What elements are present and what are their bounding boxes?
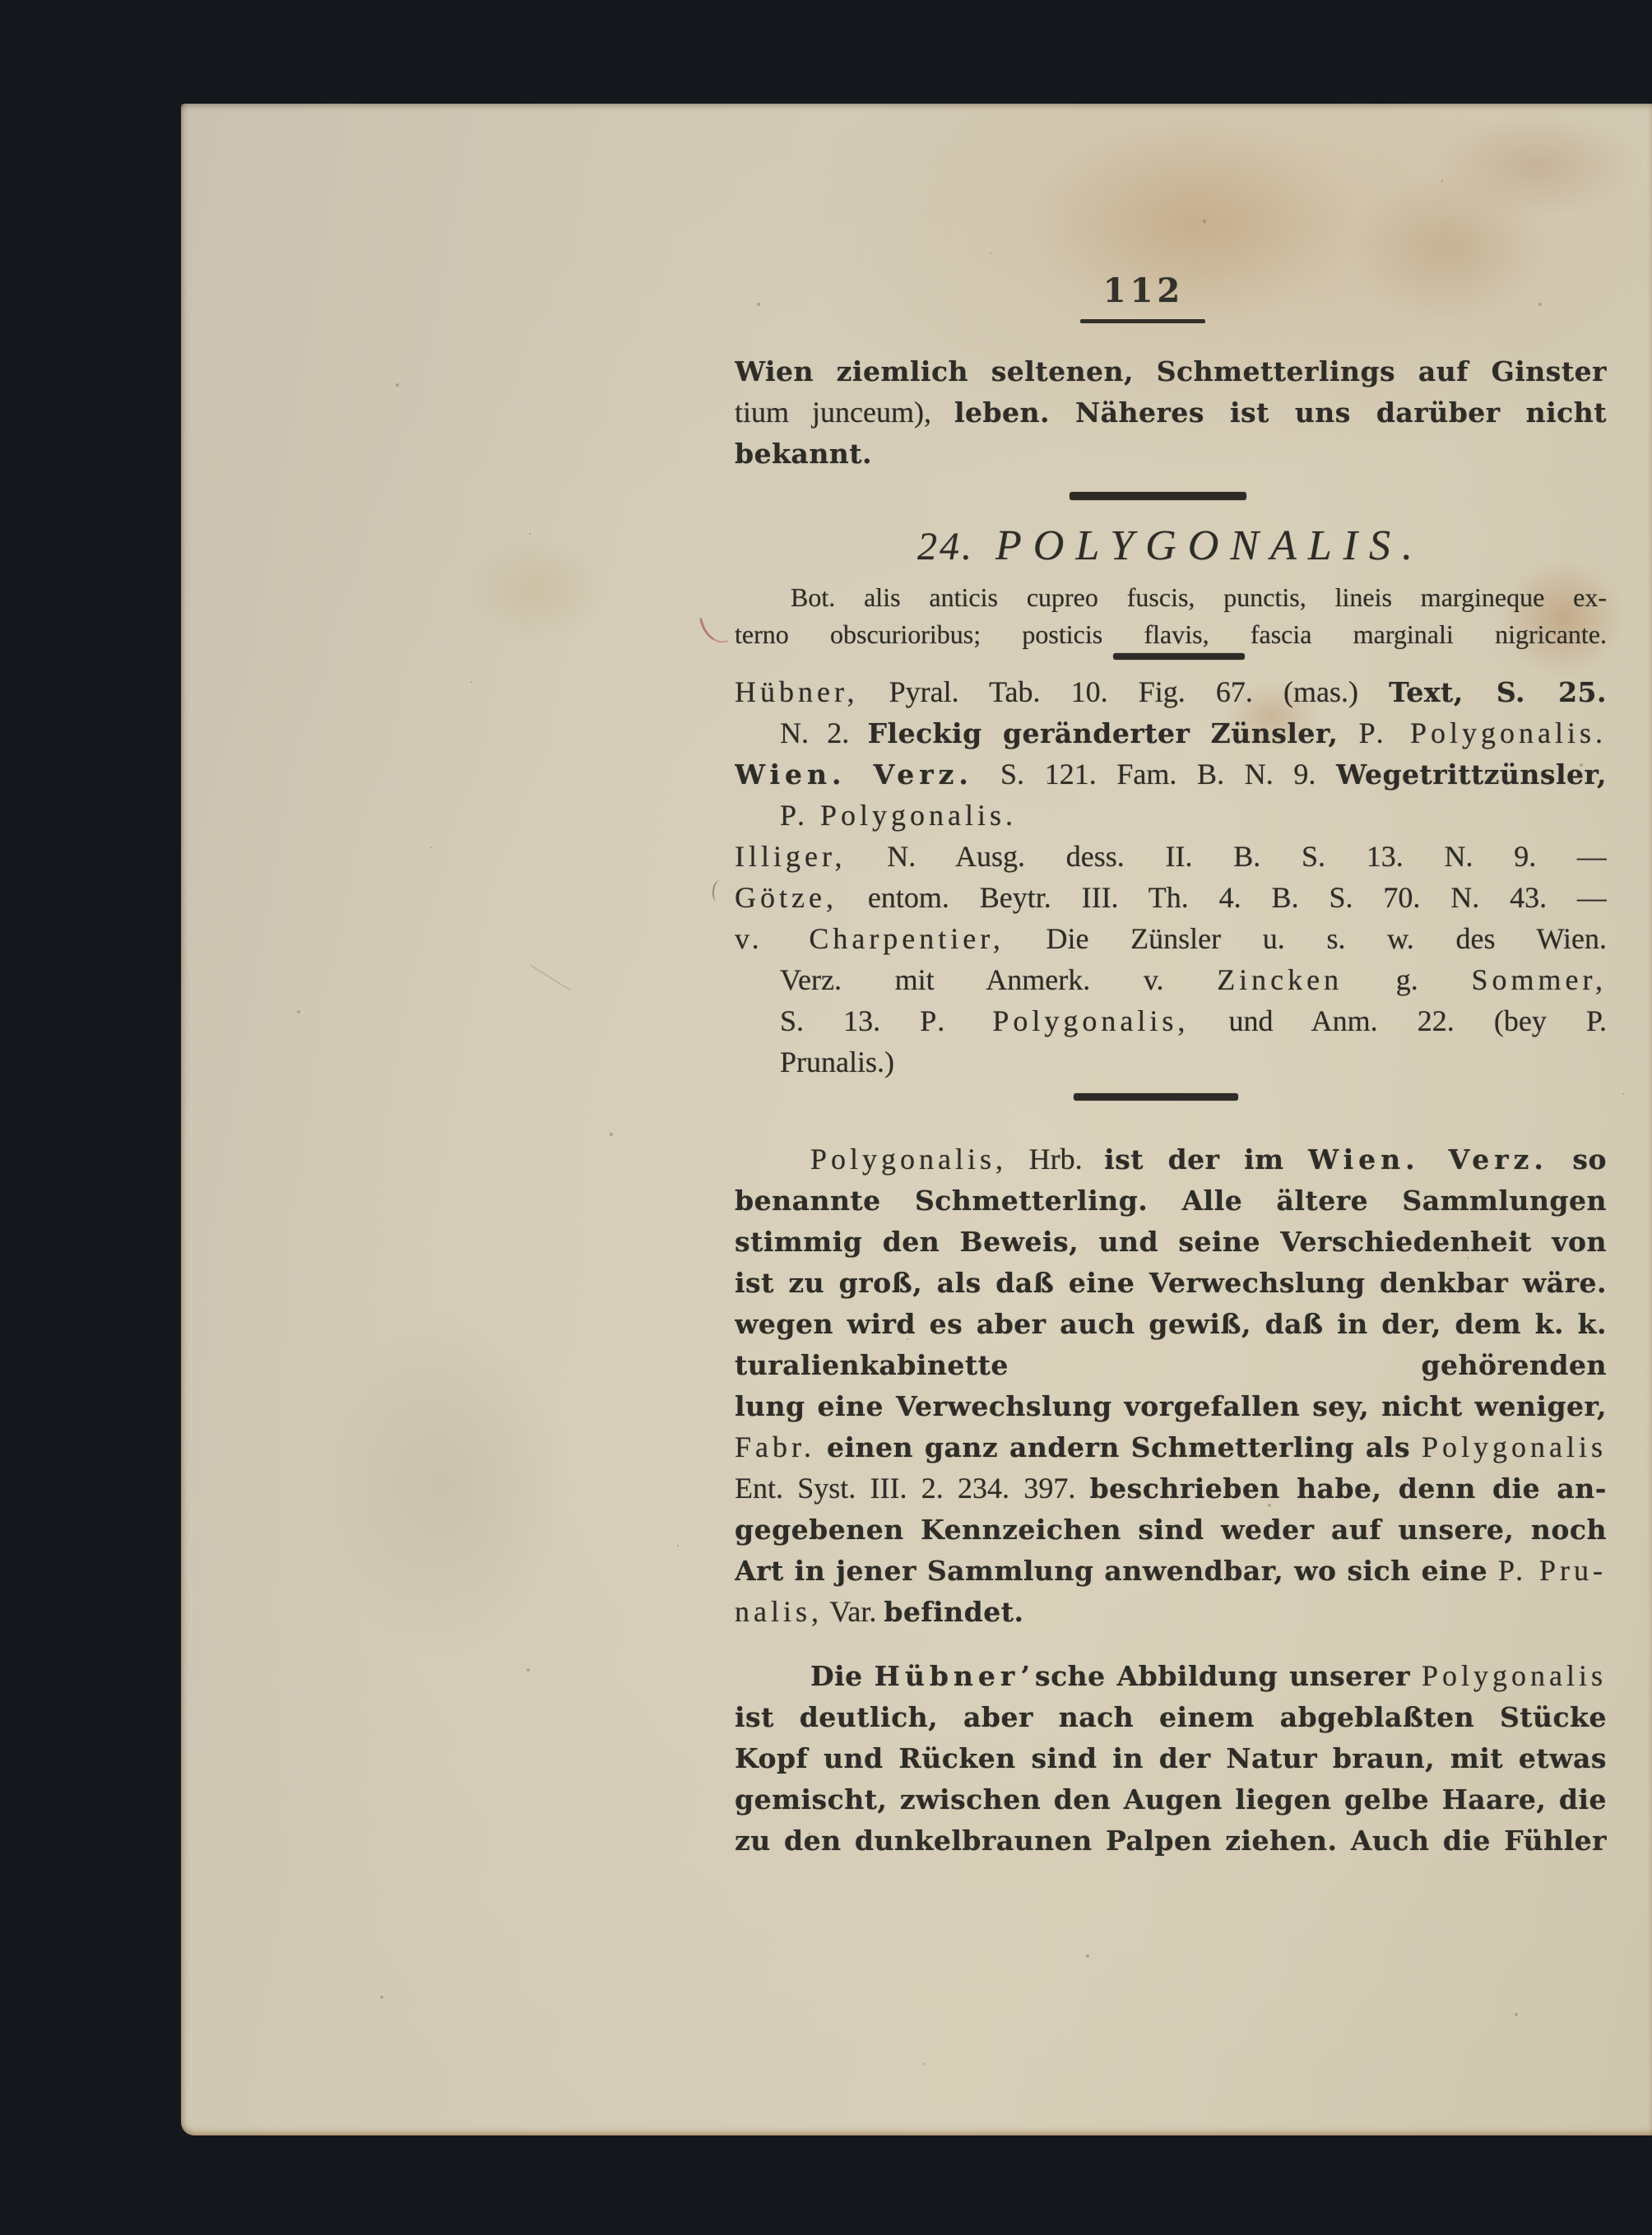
text-segment: entom. Beytr. III. Th. 4. B. S. 70. N. 4…: [838, 881, 1607, 914]
text-line: Götze, entom. Beytr. III. Th. 4. B. S. 7…: [735, 877, 1607, 918]
text-segment: nalis,: [735, 1595, 823, 1628]
text-segment: Wien ziemlich seltenen, Schmetterlings a…: [735, 355, 1607, 392]
text-line: Ent. Syst. III. 2. 234. 397. beschrieben…: [735, 1468, 1607, 1509]
text-segment: Sommer,: [1471, 963, 1607, 996]
text-segment: turalienkabinette gehörenden: [735, 1349, 1607, 1381]
text-line: benannte Schmetterling. Alle ältere Samm…: [735, 1180, 1607, 1221]
text-segment: einen ganz andern Schmetterling als: [815, 1431, 1422, 1463]
text-line: Illiger, N. Ausg. dess. II. B. S. 13. N.…: [735, 836, 1607, 877]
text-line: v. Charpentier, Die Zünsler u. s. w. des…: [735, 918, 1607, 959]
text-segment: Verz. mit Anmerk. v.: [780, 963, 1217, 996]
text-line: terno obscurioribus; posticis flavis, fa…: [735, 616, 1607, 653]
text-segment: so: [1548, 1143, 1607, 1175]
text-segment: Bot. alis anticis cupreo fuscis, punctis…: [791, 582, 1607, 612]
text-segment: zu den dunkelbraunen Palpen ziehen. Auch…: [735, 1825, 1607, 1861]
text-segment: S. 121. Fam. B. N. 9.: [1000, 758, 1336, 791]
text-segment: ist der im: [1104, 1143, 1308, 1175]
latin-diagnosis: Bot. alis anticis cupreo fuscis, punctis…: [735, 579, 1607, 653]
text-segment: Polygonalis: [1422, 1430, 1607, 1463]
text-segment: befindet.: [884, 1596, 1023, 1628]
paper-fiber: [530, 965, 571, 991]
text-segment: sche Abbildung unserer: [1035, 1660, 1422, 1692]
species-name: POLYGONALIS.: [995, 522, 1424, 569]
text-line: tium junceum), leben. Näheres ist uns da…: [735, 392, 1607, 433]
scan-background: 112 Wien ziemlich seltenen, Schmetterlin…: [0, 0, 1652, 2235]
text-segment: Wien. Verz.: [1308, 1143, 1548, 1175]
text-line: Art in jener Sammlung anwendbar, wo sich…: [735, 1550, 1607, 1591]
text-segment: Illiger,: [735, 840, 847, 873]
margin-mark-pencil: [711, 879, 725, 902]
text-segment: Hrb.: [1007, 1143, 1104, 1175]
text-line: gegebenen Kennzeichen sind weder auf uns…: [735, 1509, 1607, 1550]
text-line: S. 13. P. Polygonalis, und Anm. 22. (bey…: [735, 1000, 1607, 1041]
text-segment: g.: [1343, 963, 1471, 996]
text-line: Wien ziemlich seltenen, Schmetterlings a…: [735, 350, 1607, 392]
intro-paragraph: Wien ziemlich seltenen, Schmetterlings a…: [735, 350, 1607, 474]
separator-rule: [1113, 653, 1245, 660]
page-number: 112: [1061, 271, 1226, 310]
text-line: Polygonalis, Hrb. ist der im Wien. Verz.…: [735, 1138, 1607, 1180]
text-segment: Text, S. 25.: [1389, 676, 1607, 708]
page-header: 112: [1061, 271, 1226, 310]
paper-stain: [304, 1296, 584, 1675]
text-segment: v. Charpentier,: [735, 922, 1005, 955]
text-segment: leben. Näheres ist uns darüber nicht: [954, 396, 1607, 429]
separator-rule: [1070, 492, 1246, 500]
text-segment: P. Polygonalis.: [1359, 716, 1607, 749]
text-segment: Art in jener Sammlung anwendbar, wo sich…: [735, 1555, 1498, 1587]
text-segment: P. Polygonalis.: [780, 799, 1017, 832]
text-segment: wegen wird es aber auch gewiß, daß in de…: [735, 1308, 1607, 1344]
text-line: Fabr. einen ganz andern Schmetterling al…: [735, 1426, 1607, 1468]
text-segment: Polygonalis: [1422, 1659, 1607, 1692]
text-segment: beschrieben habe, denn die an-: [1090, 1472, 1607, 1505]
page-number-rule: [1080, 319, 1205, 323]
text-segment: Hübner’: [875, 1660, 1035, 1692]
text-line: nalis, Var. befindet.: [735, 1591, 1607, 1632]
text-segment: Kopf und Rücken sind in der Natur braun,…: [735, 1742, 1607, 1778]
text-segment: P. Pru-: [1498, 1554, 1607, 1587]
species-heading: 24.POLYGONALIS.: [735, 522, 1607, 570]
text-segment: Hübner,: [735, 675, 859, 708]
text-segment: Zincken: [1217, 963, 1343, 996]
species-number: 24.: [917, 525, 974, 568]
text-segment: Wien. Verz.: [735, 758, 1000, 791]
text-line: Bot. alis anticis cupreo fuscis, punctis…: [735, 579, 1607, 616]
text-line: turalienkabinette gehörenden Schiffermül…: [735, 1344, 1607, 1385]
text-segment: Die Zünsler u. s. w. des Wien.: [1005, 922, 1607, 955]
text-segment: Wegetrittzünsler,: [1336, 758, 1607, 791]
paper-stain: [1415, 104, 1652, 227]
scanned-page: 112 Wien ziemlich seltenen, Schmetterlin…: [181, 104, 1652, 2135]
text-segment: Fleckig geränderter Zünsler,: [868, 717, 1359, 749]
text-segment: und Anm. 22. (bey P.: [1189, 1004, 1607, 1037]
text-line: Die Hübner’sche Abbildung unserer Polygo…: [735, 1655, 1607, 1696]
text-line: P. Polygonalis.: [735, 795, 1607, 836]
text-line: ist deutlich, aber nach einem abgeblaßte…: [735, 1696, 1607, 1737]
text-segment: N. 2.: [780, 716, 868, 749]
text-segment: tium junceum),: [735, 396, 954, 429]
paper-stain: [452, 527, 617, 651]
text-line: stimmig den Beweis, und seine Verschiede…: [735, 1221, 1607, 1262]
margin-mark-ink: [699, 613, 728, 647]
text-segment: gegebenen Kennzeichen sind weder auf uns…: [735, 1514, 1607, 1550]
text-segment: Götze,: [735, 881, 838, 914]
text-line: Wien. Verz. S. 121. Fam. B. N. 9. Wegetr…: [735, 754, 1607, 795]
text-line: lung eine Verwechslung vorgefallen sey, …: [735, 1385, 1607, 1426]
text-segment: Prunalis.): [780, 1046, 894, 1078]
text-line: Kopf und Rücken sind in der Natur braun,…: [735, 1737, 1607, 1778]
text-line: wegen wird es aber auch gewiß, daß in de…: [735, 1303, 1607, 1344]
text-segment: Var.: [823, 1595, 884, 1628]
text-segment: Pyral. Tab. 10. Fig. 67. (mas.): [859, 675, 1390, 708]
body-paragraph-1: Polygonalis, Hrb. ist der im Wien. Verz.…: [735, 1138, 1607, 1632]
text-segment: Polygonalis,: [810, 1143, 1007, 1175]
text-segment: lung eine Verwechslung vorgefallen sey, …: [735, 1390, 1607, 1426]
text-line: Verz. mit Anmerk. v. Zincken g. Sommer,: [735, 959, 1607, 1000]
text-segment: Fabr.: [735, 1430, 815, 1463]
text-line: Prunalis.): [735, 1041, 1607, 1083]
text-line: Hübner, Pyral. Tab. 10. Fig. 67. (mas.) …: [735, 671, 1607, 712]
bibliography-block: Hübner, Pyral. Tab. 10. Fig. 67. (mas.) …: [735, 671, 1607, 1083]
text-segment: N. Ausg. dess. II. B. S. 13. N. 9. —: [847, 840, 1607, 873]
text-segment: P. Polygonalis,: [920, 1004, 1189, 1037]
paper-texture-specks: [181, 104, 183, 105]
text-line: N. 2. Fleckig geränderter Zünsler, P. Po…: [735, 712, 1607, 754]
text-segment: stimmig den Beweis, und seine Verschiede…: [735, 1226, 1607, 1262]
text-segment: Ent. Syst. III. 2. 234. 397.: [735, 1472, 1090, 1505]
paper-stain: [1333, 161, 1563, 334]
text-line: gemischt, zwischen den Augen liegen gelb…: [735, 1778, 1607, 1820]
text-segment: gemischt, zwischen den Augen liegen gelb…: [735, 1783, 1607, 1820]
text-segment: ist zu groß, als daß eine Verwechslung d…: [735, 1267, 1607, 1303]
text-segment: S. 13.: [780, 1004, 920, 1037]
text-segment: benannte Schmetterling. Alle ältere Samm…: [735, 1185, 1607, 1221]
text-line: zu den dunkelbraunen Palpen ziehen. Auch…: [735, 1820, 1607, 1861]
text-line: ist zu groß, als daß eine Verwechslung d…: [735, 1262, 1607, 1303]
body-paragraph-2: Die Hübner’sche Abbildung unserer Polygo…: [735, 1655, 1607, 1861]
text-segment: terno obscurioribus; posticis flavis, fa…: [735, 619, 1607, 649]
text-line: bekannt.: [735, 433, 1607, 474]
text-segment: ist deutlich, aber nach einem abgeblaßte…: [735, 1701, 1607, 1737]
text-segment: bekannt.: [735, 438, 872, 470]
text-segment: Die: [810, 1660, 875, 1692]
separator-rule: [1074, 1093, 1238, 1101]
